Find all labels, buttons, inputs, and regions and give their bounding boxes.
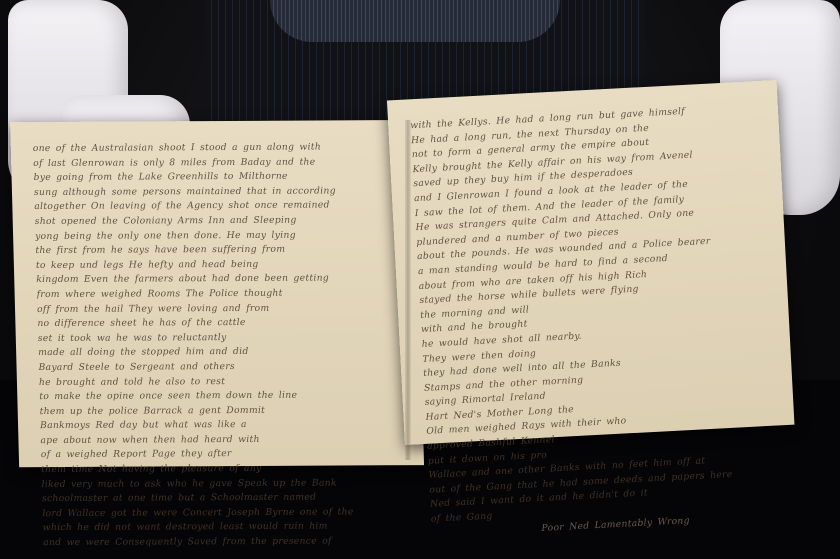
page-fold-crease <box>405 120 411 460</box>
shirt-collar <box>270 0 560 42</box>
left-page-text: one of the Australasian shoot I stood a … <box>33 140 409 551</box>
letter-left-page: one of the Australasian shoot I stood a … <box>10 120 424 467</box>
handwritten-letter: one of the Australasian shoot I stood a … <box>10 110 800 465</box>
letter-right-page: with the Kellys. He had a long run but g… <box>387 80 795 445</box>
handwritten-line: and we were Consequently Saved from the … <box>43 534 408 551</box>
right-page-text: with the Kellys. He had a long run but g… <box>410 101 782 542</box>
